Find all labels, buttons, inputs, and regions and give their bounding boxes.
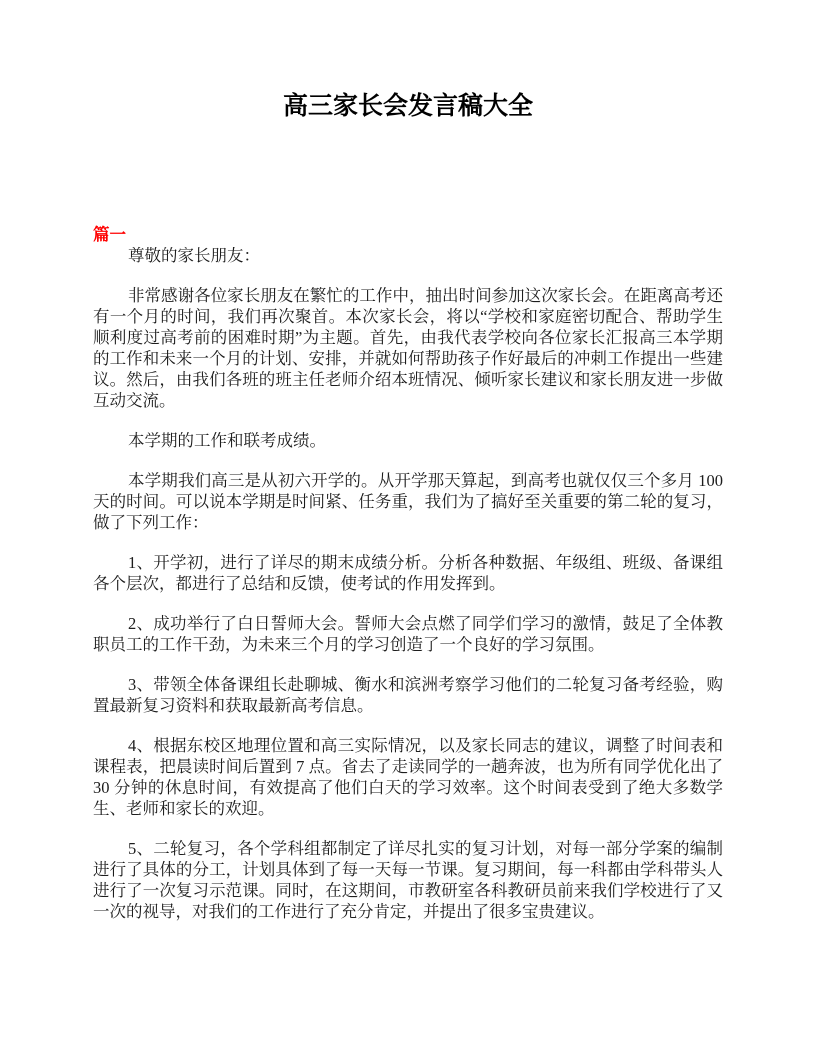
- paragraph-item-1: 1、开学初，进行了详尽的期末成绩分析。分析各种数据、年级组、班级、备课组各个层次…: [93, 552, 723, 594]
- section-label-part-one: 篇一: [93, 224, 723, 245]
- document-title: 高三家长会发言稿大全: [93, 92, 723, 122]
- paragraph-item-5: 5、二轮复习，各个学科组都制定了详尽扎实的复习计划，对每一部分学案的编制进行了具…: [93, 838, 723, 922]
- paragraph-item-4: 4、根据东校区地理位置和高三实际情况，以及家长同志的建议，调整了时间表和课程表，…: [93, 735, 723, 819]
- salutation: 尊敬的家长朋友：: [93, 245, 723, 266]
- paragraph-intro: 非常感谢各位家长朋友在繁忙的工作中，抽出时间参加这次家长会。在距离高考还有一个月…: [93, 285, 723, 411]
- paragraph-item-2: 2、成功举行了白日誓师大会。誓师大会点燃了同学们学习的激情，鼓足了全体教职员工的…: [93, 613, 723, 655]
- paragraph-semester-heading: 本学期的工作和联考成绩。: [93, 430, 723, 451]
- paragraph-item-3: 3、带领全体备课组长赴聊城、衡水和滨洲考察学习他们的二轮复习备考经验，购置最新复…: [93, 674, 723, 716]
- paragraph-semester-overview: 本学期我们高三是从初六开学的。从开学那天算起，到高考也就仅仅三个多月 100 天…: [93, 470, 723, 533]
- document-page: 高三家长会发言稿大全 篇一 尊敬的家长朋友： 非常感谢各位家长朋友在繁忙的工作中…: [0, 0, 816, 1056]
